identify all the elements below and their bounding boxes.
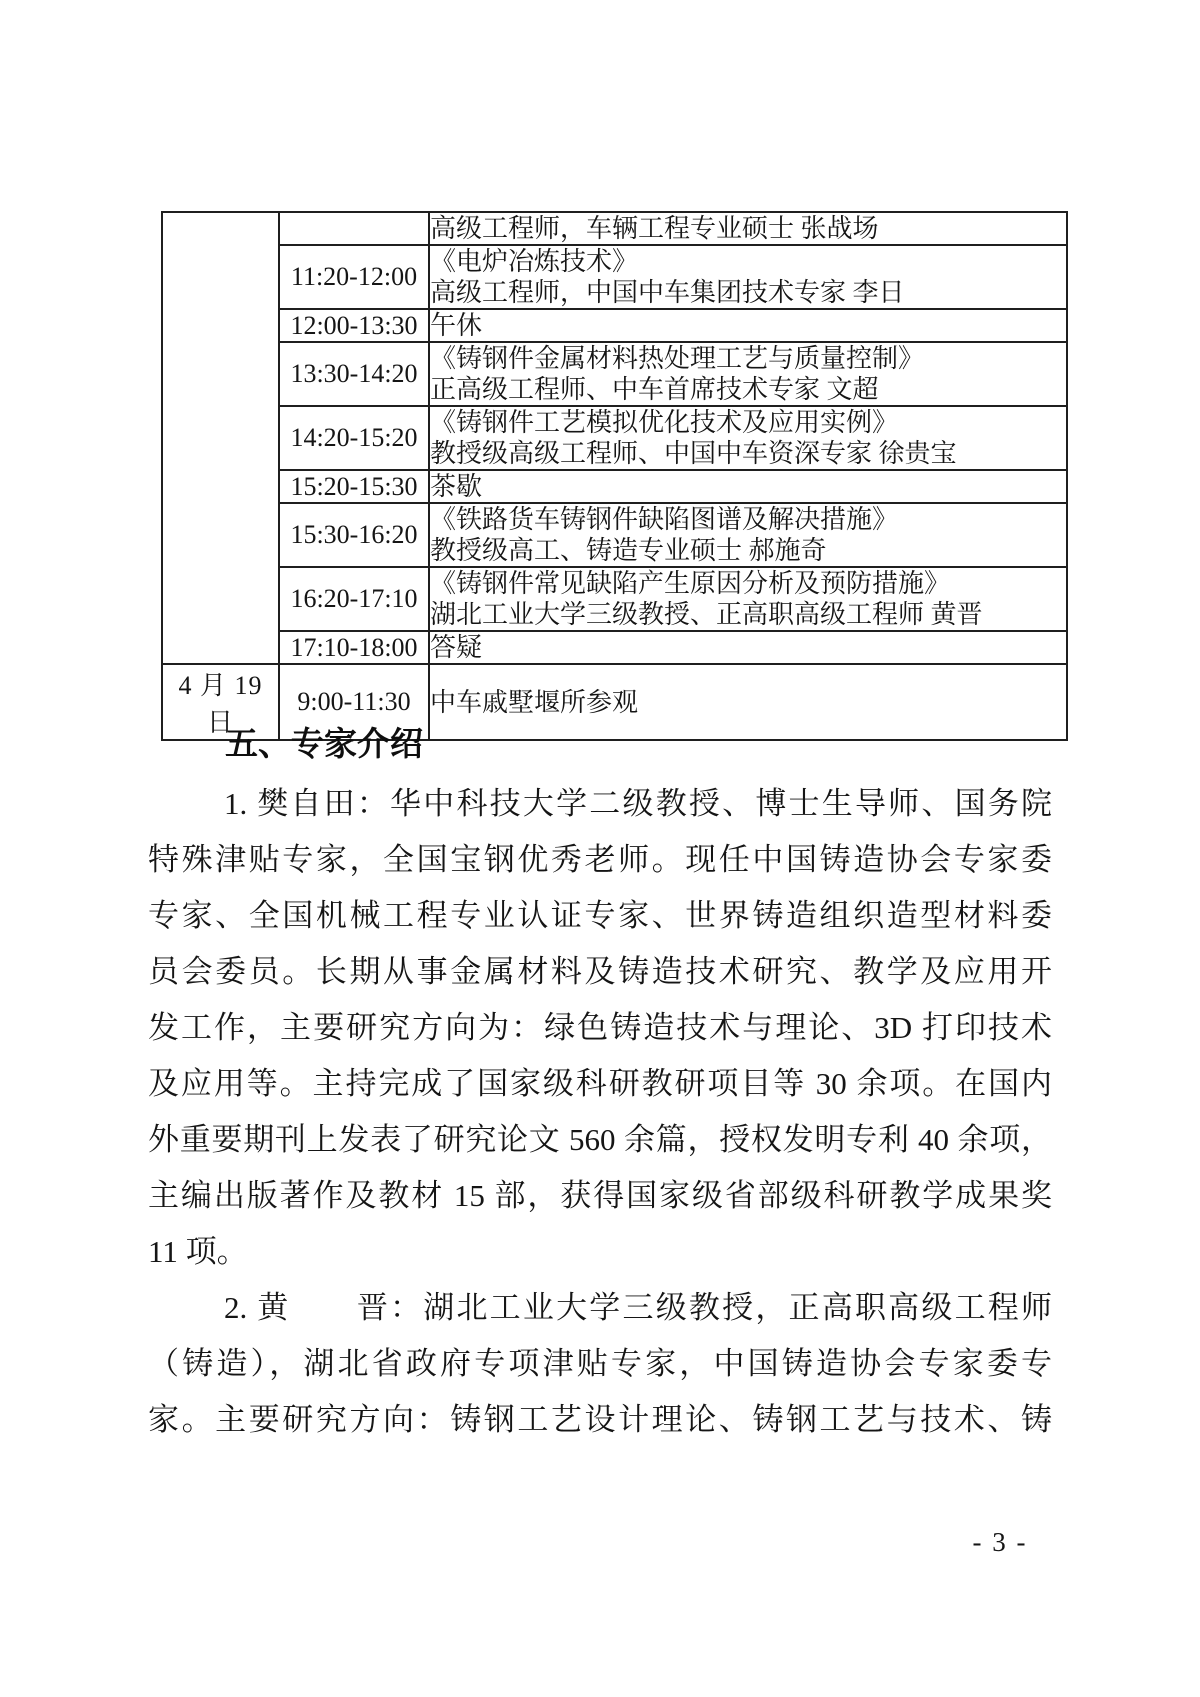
- schedule-row: 13:30-14:20《铸钢件金属材料热处理工艺与质量控制》正高级工程师、中车首…: [162, 342, 1067, 406]
- expert-intro-text: 1. 樊自田：华中科技大学二级教授、博士生导师、国务院特殊津贴专家，全国宝钢优秀…: [148, 776, 1052, 1448]
- section-heading: 五、专家介绍: [225, 724, 423, 764]
- session-cell: 《铸钢件常见缺陷产生原因分析及预防措施》湖北工业大学三级教授、正高职高级工程师 …: [429, 567, 1067, 631]
- paragraph-line: （铸造），湖北省政府专项津贴专家，中国铸造协会专家委专: [148, 1336, 1052, 1392]
- paragraph-line: 家。主要研究方向：铸钢工艺设计理论、铸钢工艺与技术、铸: [148, 1392, 1052, 1448]
- time-cell: 15:30-16:20: [279, 503, 429, 567]
- paragraph-line: 11 项。: [148, 1224, 1052, 1280]
- schedule-row: 11:20-12:00《电炉冶炼技术》高级工程师，中国中车集团技术专家 李日: [162, 245, 1067, 309]
- time-cell: [279, 212, 429, 245]
- session-cell: 茶歇: [429, 470, 1067, 503]
- session-line: 午休: [430, 310, 1066, 341]
- session-line: 《铸钢件工艺模拟优化技术及应用实例》: [430, 407, 1066, 438]
- paragraph-line: 及应用等。主持完成了国家级科研教研项目等 30 余项。在国内: [148, 1056, 1052, 1112]
- time-cell: 14:20-15:20: [279, 406, 429, 470]
- session-cell: 《铸钢件工艺模拟优化技术及应用实例》教授级高级工程师、中国中车资深专家 徐贵宝: [429, 406, 1067, 470]
- session-line: 《铁路货车铸钢件缺陷图谱及解决措施》: [430, 504, 1066, 535]
- session-cell: 答疑: [429, 631, 1067, 664]
- schedule-row: 12:00-13:30午休: [162, 309, 1067, 342]
- session-line: 《铸钢件金属材料热处理工艺与质量控制》: [430, 343, 1066, 374]
- session-line: 茶歇: [430, 471, 1066, 502]
- schedule-row: 15:30-16:20《铁路货车铸钢件缺陷图谱及解决措施》教授级高工、铸造专业硕…: [162, 503, 1067, 567]
- session-cell: 《电炉冶炼技术》高级工程师，中国中车集团技术专家 李日: [429, 245, 1067, 309]
- paragraph-line: 2. 黄 晋：湖北工业大学三级教授，正高职高级工程师: [148, 1280, 1052, 1336]
- session-line: 高级工程师，中国中车集团技术专家 李日: [430, 277, 1066, 308]
- time-cell: 13:30-14:20: [279, 342, 429, 406]
- paragraph-line: 专家、全国机械工程专业认证专家、世界铸造组织造型材料委: [148, 888, 1052, 944]
- paragraph-line: 发工作，主要研究方向为：绿色铸造技术与理论、3D 打印技术: [148, 1000, 1052, 1056]
- session-line: 答疑: [430, 632, 1066, 663]
- session-line: 高级工程师，车辆工程专业硕士 张战场: [430, 213, 1066, 244]
- date-cell: [162, 212, 279, 664]
- session-cell: 《铸钢件金属材料热处理工艺与质量控制》正高级工程师、中车首席技术专家 文超: [429, 342, 1067, 406]
- session-line: 湖北工业大学三级教授、正高职高级工程师 黄晋: [430, 599, 1066, 630]
- schedule-row: 17:10-18:00答疑: [162, 631, 1067, 664]
- schedule-row: 16:20-17:10《铸钢件常见缺陷产生原因分析及预防措施》湖北工业大学三级教…: [162, 567, 1067, 631]
- session-line: 《电炉冶炼技术》: [430, 246, 1066, 277]
- schedule-table-body: 高级工程师，车辆工程专业硕士 张战场11:20-12:00《电炉冶炼技术》高级工…: [162, 212, 1067, 740]
- paragraph-line: 外重要期刊上发表了研究论文 560 余篇，授权发明专利 40 余项，: [148, 1112, 1052, 1168]
- paragraph-line: 特殊津贴专家，全国宝钢优秀老师。现任中国铸造协会专家委: [148, 832, 1052, 888]
- session-cell: 《铁路货车铸钢件缺陷图谱及解决措施》教授级高工、铸造专业硕士 郝施奇: [429, 503, 1067, 567]
- session-cell: 中车戚墅堰所参观: [429, 664, 1067, 740]
- session-line: 《铸钢件常见缺陷产生原因分析及预防措施》: [430, 568, 1066, 599]
- time-cell: 12:00-13:30: [279, 309, 429, 342]
- paragraph-line: 员会委员。长期从事金属材料及铸造技术研究、教学及应用开: [148, 944, 1052, 1000]
- session-line: 教授级高级工程师、中国中车资深专家 徐贵宝: [430, 438, 1066, 469]
- time-cell: 16:20-17:10: [279, 567, 429, 631]
- session-line: 中车戚墅堰所参观: [430, 687, 1066, 718]
- schedule-row: 高级工程师，车辆工程专业硕士 张战场: [162, 212, 1067, 245]
- time-cell: 11:20-12:00: [279, 245, 429, 309]
- time-cell: 15:20-15:30: [279, 470, 429, 503]
- page-number: - 3 -: [930, 1524, 1070, 1560]
- session-cell: 午休: [429, 309, 1067, 342]
- session-cell: 高级工程师，车辆工程专业硕士 张战场: [429, 212, 1067, 245]
- schedule-row: 14:20-15:20《铸钢件工艺模拟优化技术及应用实例》教授级高级工程师、中国…: [162, 406, 1067, 470]
- schedule-row: 15:20-15:30茶歇: [162, 470, 1067, 503]
- session-line: 教授级高工、铸造专业硕士 郝施奇: [430, 535, 1066, 566]
- document-page: 高级工程师，车辆工程专业硕士 张战场11:20-12:00《电炉冶炼技术》高级工…: [0, 0, 1200, 1697]
- session-line: 正高级工程师、中车首席技术专家 文超: [430, 374, 1066, 405]
- time-cell: 17:10-18:00: [279, 631, 429, 664]
- paragraph-line: 主编出版著作及教材 15 部，获得国家级省部级科研教学成果奖: [148, 1168, 1052, 1224]
- paragraph-line: 1. 樊自田：华中科技大学二级教授、博士生导师、国务院: [148, 776, 1052, 832]
- schedule-table: 高级工程师，车辆工程专业硕士 张战场11:20-12:00《电炉冶炼技术》高级工…: [161, 211, 1068, 741]
